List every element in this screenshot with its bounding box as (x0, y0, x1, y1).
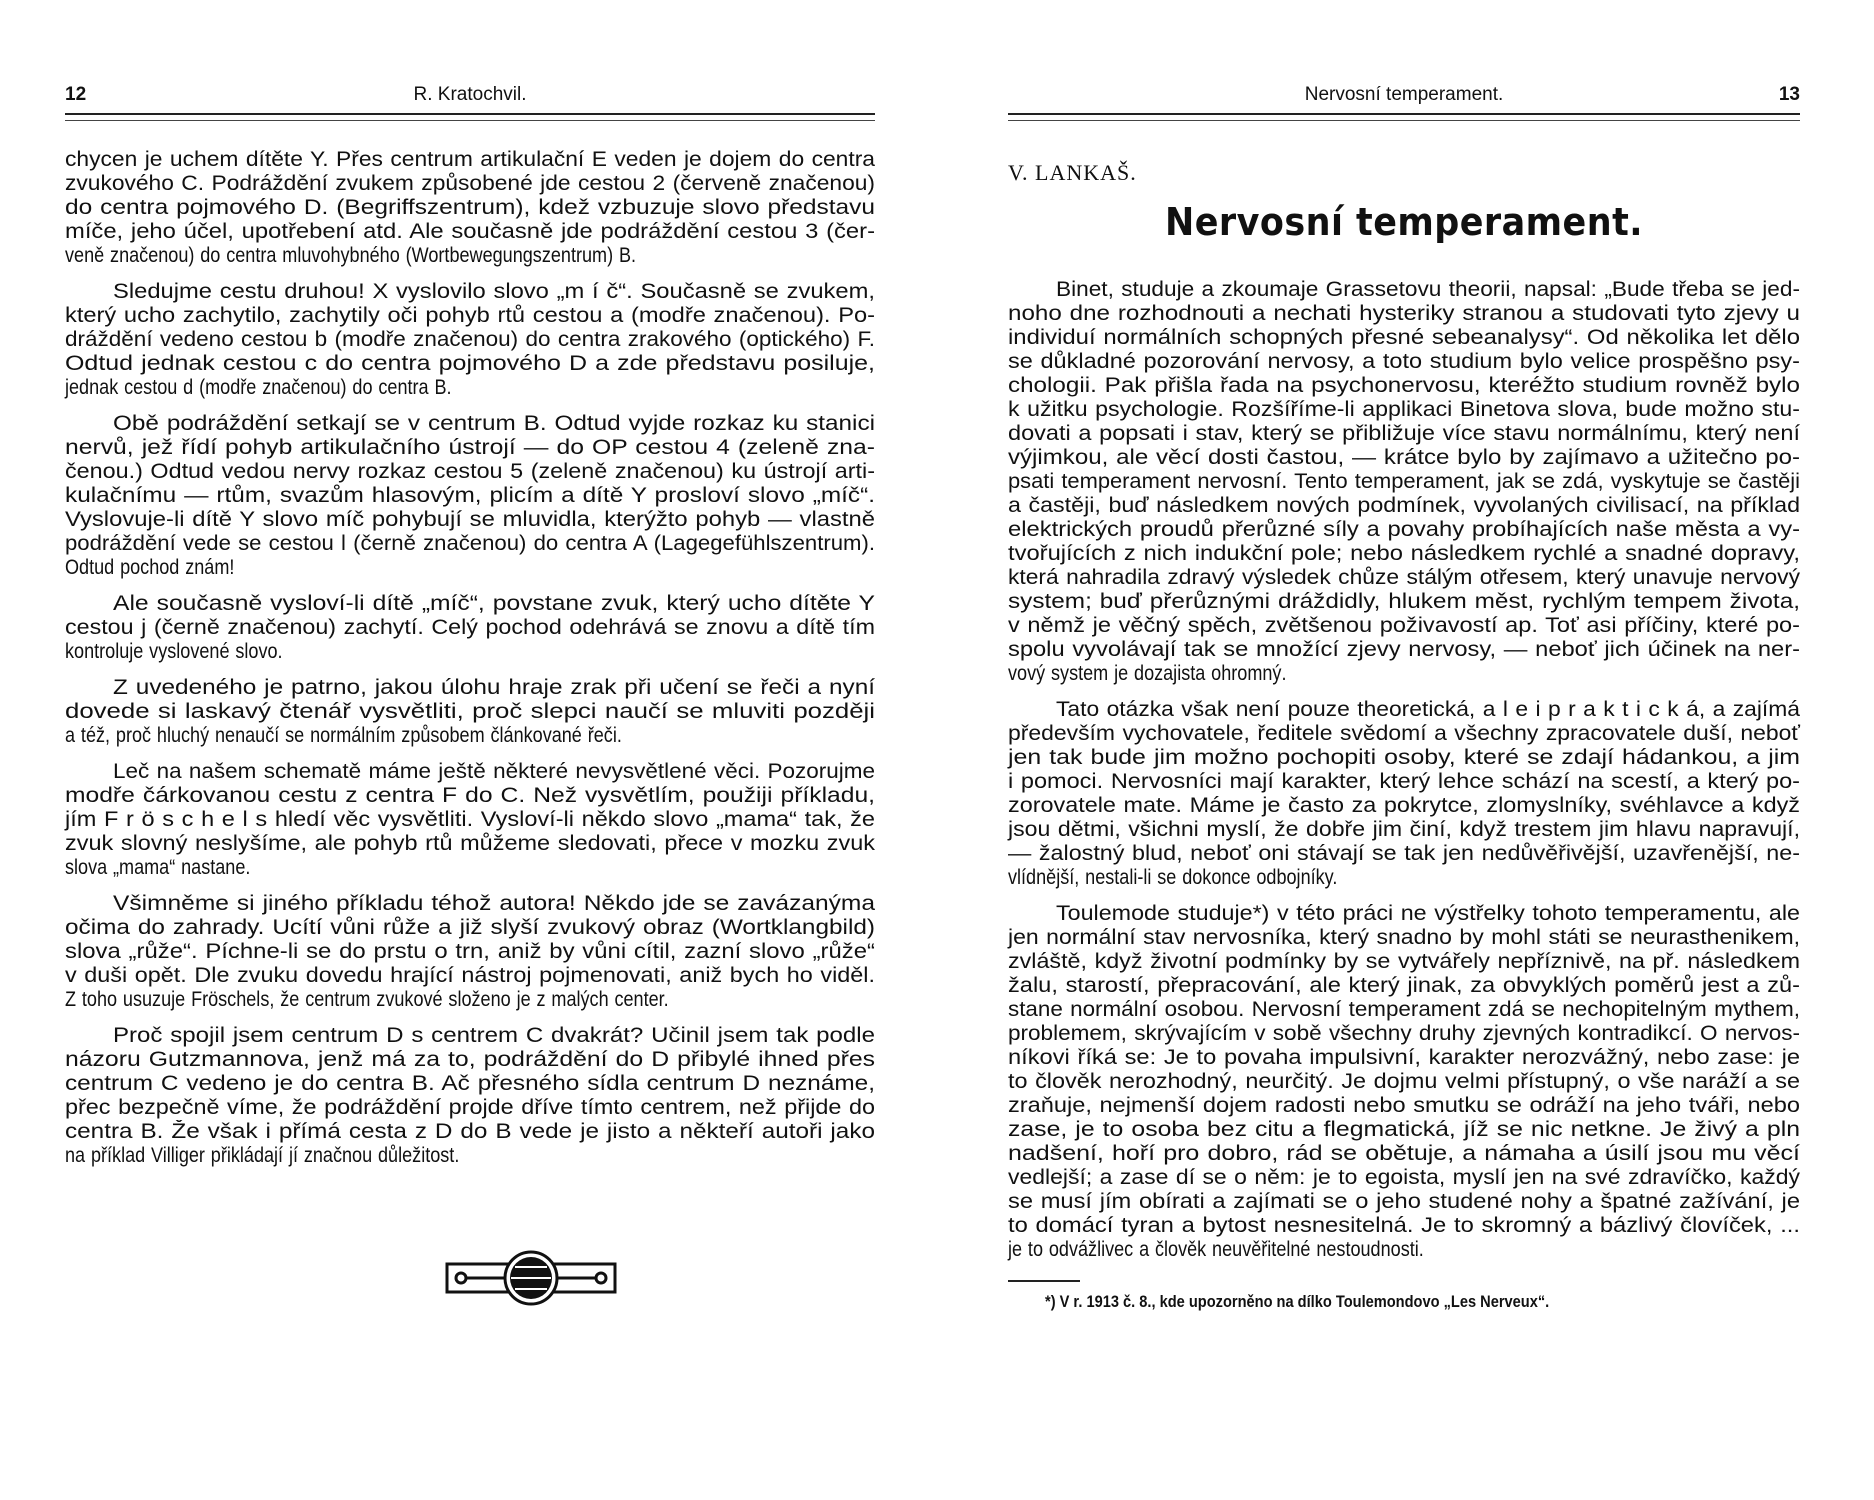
text-line: na příklad Villiger přikládají jí značno… (65, 1144, 875, 1168)
text-line: Obě podráždění setkají se v centrum B. O… (65, 412, 875, 436)
paragraph: Leč na našem schematě máme ještě některé… (65, 760, 875, 880)
footnote-rule (1008, 1280, 1080, 1282)
article-title: Nervosní temperament. (1040, 200, 1769, 244)
text-line: očima do zahrady. Ucítí vůni růže a již … (65, 916, 875, 940)
text-line: dráždění vedeno cestou b (modře značenou… (65, 328, 875, 352)
text-line: vlídnější, nestali-li se dokonce odbojní… (1008, 866, 1800, 890)
text-line: Odtud jednak cestou c do centra pojmovéh… (65, 352, 875, 376)
text-line: a též, proč hluchý nenaučí se normálním … (65, 724, 875, 748)
text-line: centrum C vedeno je do centra B. Ač přes… (65, 1072, 875, 1096)
body-text: chycen je uchem dítěte Y. Přes centrum a… (65, 148, 875, 1180)
text-line: kulačnímu — rtům, svazům hlasovým, plicí… (65, 484, 875, 508)
text-line: zvukového C. Podráždění zvukem způsobené… (65, 172, 875, 196)
paragraph: Toulemode studuje*) v této práci ne výst… (1008, 902, 1800, 1262)
text-line: nervů, jež řídí pohyb artikulačního ústr… (65, 436, 875, 460)
text-line: Leč na našem schematě máme ještě některé… (65, 760, 875, 784)
text-line: — žalostný blud, neboť oni stávají se ta… (1008, 842, 1800, 866)
text-line: zraňuje, nejmenší dojem radosti nebo smu… (1008, 1094, 1800, 1118)
paragraph: Všimněme si jiného příkladu téhož autora… (65, 892, 875, 1012)
text-line: Toulemode studuje*) v této práci ne výst… (1008, 902, 1800, 926)
header-rule (65, 113, 875, 121)
right-page: Nervosní temperament. 13 V. LANKAŠ. Nerv… (1008, 0, 1800, 1500)
text-line: i pomoci. Nervosníci mají karakter, kter… (1008, 770, 1800, 794)
text-line: jen tak bude jim možno pochopiti osoby, … (1008, 746, 1800, 770)
running-head-right: Nervosní temperament. 13 (1008, 84, 1800, 110)
text-line: zvuk slovný neslyšíme, ale pohyb rtů můž… (65, 832, 875, 856)
footnote: *) V r. 1913 č. 8., kde upozorněno na dí… (1045, 1292, 1549, 1312)
printer-ornament-icon (445, 1250, 617, 1310)
running-head-left: 12 R. Kratochvil. (65, 84, 875, 110)
text-line: chycen je uchem dítěte Y. Přes centrum a… (65, 148, 875, 172)
text-line: přec bezpečně víme, že podráždění projde… (65, 1096, 875, 1120)
text-line: především vychovatele, ředitele svědomí … (1008, 722, 1800, 746)
text-line: se musí jím obírati a zajímati se o jeho… (1008, 1190, 1800, 1214)
text-line: výjimkou, ale věcí dosti častou, — krátc… (1008, 446, 1800, 470)
text-line: cestou j (černě značenou) zachytí. Celý … (65, 616, 875, 640)
text-line: system; buď přerůznými dráždidly, hlukem… (1008, 590, 1800, 614)
text-line: slova „růže“. Píchne-li se do prstu o tr… (65, 940, 875, 964)
running-head-author: R. Kratochvil. (65, 84, 875, 106)
text-line: vedlejší; a zase dí se o něm: je to egoi… (1008, 1166, 1800, 1190)
text-line: jednak cestou d (modře značenou) do cent… (65, 376, 875, 400)
text-line: dovede si laskavý čtenář vysvětliti, pro… (65, 700, 875, 724)
text-line: Sledujme cestu druhou! X vyslovilo slovo… (65, 280, 875, 304)
paragraph: Binet, studuje a zkoumaje Grassetovu the… (1008, 278, 1800, 686)
paragraph: Obě podráždění setkají se v centrum B. O… (65, 412, 875, 580)
text-line: slova „mama“ nastane. (65, 856, 875, 880)
text-line: chologii. Pak přišla řada na psychonervo… (1008, 374, 1800, 398)
text-line: kontroluje vyslovené slovo. (65, 640, 875, 664)
text-line: to domácí tyran a bytost nesnesitelná. J… (1008, 1214, 1800, 1238)
text-line: níkovi říká se: Je to povaha impulsivní,… (1008, 1046, 1800, 1070)
text-line: jsou dětmi, všichni myslí, že dobře jim … (1008, 818, 1800, 842)
text-line: je to odvážlivec a člověk neuvěřitelné n… (1008, 1238, 1800, 1262)
page-number: 13 (1779, 84, 1800, 106)
text-line: který ucho zachytilo, zachytily oči pohy… (65, 304, 875, 328)
body-text: Binet, studuje a zkoumaje Grassetovu the… (1008, 278, 1800, 1274)
text-line: Binet, studuje a zkoumaje Grassetovu the… (1008, 278, 1800, 302)
text-line: Všimněme si jiného příkladu téhož autora… (65, 892, 875, 916)
text-line: problemem, skrývajícím v sobě všechny dr… (1008, 1022, 1800, 1046)
text-line: Proč spojil jsem centrum D s centrem C d… (65, 1024, 875, 1048)
text-line: v duši opět. Dle zvuku dovedu hrající ná… (65, 964, 875, 988)
text-line: noho dne rozhodnouti a nechati hysteriky… (1008, 302, 1800, 326)
text-line: Tato otázka však není pouze theoretická,… (1008, 698, 1800, 722)
text-line: Vyslovuje-li dítě Y slovo míč pohybují s… (65, 508, 875, 532)
text-line: individuí normálních schopných přesné se… (1008, 326, 1800, 350)
text-line: v němž je věčný spěch, zvětšenou poživav… (1008, 614, 1800, 638)
text-line: Odtud pochod znám! (65, 556, 875, 580)
text-line: elektrických proudů přerůzné síly a pova… (1008, 518, 1800, 542)
article-author: V. LANKAŠ. (1008, 160, 1137, 186)
text-line: psati temperament nervosní. Tento temper… (1008, 470, 1800, 494)
text-line: čenou.) Odtud vedou nervy rozkaz cestou … (65, 460, 875, 484)
paragraph: Tato otázka však není pouze theoretická,… (1008, 698, 1800, 890)
text-line: Ale současně vysloví-li dítě „míč“, povs… (65, 592, 875, 616)
text-line: jen normální stav nervosníka, který snad… (1008, 926, 1800, 950)
text-line: Z toho usuzuje Fröschels, že centrum zvu… (65, 988, 875, 1012)
text-line: se důkladné pozorování nervosy, a toto s… (1008, 350, 1800, 374)
paragraph: Sledujme cestu druhou! X vyslovilo slovo… (65, 280, 875, 400)
text-line: nadšení, hoří pro dobro, rád se obětuje,… (1008, 1142, 1800, 1166)
text-line: k užitku psychologie. Rozšíříme-li appli… (1008, 398, 1800, 422)
left-page: 12 R. Kratochvil. chycen je uchem dítěte… (65, 0, 875, 1500)
text-line: modře čárkovanou cestu z centra F do C. … (65, 784, 875, 808)
text-line: spolu vyvolávají tak se množící zjevy ne… (1008, 638, 1800, 662)
text-line: zase, je to osoba bez citu a flegmatická… (1008, 1118, 1800, 1142)
paragraph: Proč spojil jsem centrum D s centrem C d… (65, 1024, 875, 1168)
header-rule (1008, 113, 1800, 121)
text-line: centra B. Že však i přímá cesta z D do B… (65, 1120, 875, 1144)
text-line: zvláště, když životní podmínky by se vyt… (1008, 950, 1800, 974)
text-line: která nahradila zdravý výsledek chůze st… (1008, 566, 1800, 590)
text-line: dovati a popsati i stav, který se přibli… (1008, 422, 1800, 446)
paragraph: chycen je uchem dítěte Y. Přes centrum a… (65, 148, 875, 268)
paragraph: Ale současně vysloví-li dítě „míč“, povs… (65, 592, 875, 664)
text-line: do centra pojmového D. (Begriffszentrum)… (65, 196, 875, 220)
text-line: míče, jeho účel, upotřebení atd. Ale sou… (65, 220, 875, 244)
text-line: jím F r ö s c h e l s hledí věc vysvětli… (65, 808, 875, 832)
running-head-title: Nervosní temperament. (1008, 84, 1800, 106)
text-line: zorovatele mate. Máme je často za pokryt… (1008, 794, 1800, 818)
text-line: vový system je dozajista ohromný. (1008, 662, 1800, 686)
text-line: žalu, starostí, přepracování, ale který … (1008, 974, 1800, 998)
text-line: názoru Gutzmannova, jenž má za to, podrá… (65, 1048, 875, 1072)
text-line: to člověk nerozhodný, neurčitý. Je dojmu… (1008, 1070, 1800, 1094)
text-line: tvořujících z nich indukční pole; nebo n… (1008, 542, 1800, 566)
text-line: stane normální osobou. Nervosní temperam… (1008, 998, 1800, 1022)
paragraph: Z uvedeného je patrno, jakou úlohu hraje… (65, 676, 875, 748)
text-line: veně značenou) do centra mluvohybného (W… (65, 244, 875, 268)
text-line: a častěji, buď následkem nových podmínek… (1008, 494, 1800, 518)
text-line: podráždění vede se cestou l (černě znače… (65, 532, 875, 556)
text-line: Z uvedeného je patrno, jakou úlohu hraje… (65, 676, 875, 700)
